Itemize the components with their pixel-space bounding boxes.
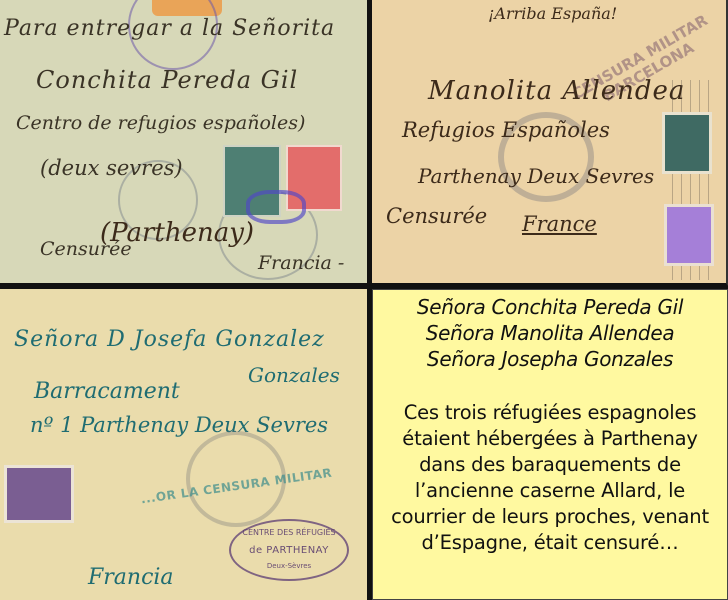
name-2: Señora Manolita Allendea [373,320,727,346]
envelope-josepha-line-4: nº 1 Parthenay Deux Sevres [30,413,328,437]
desc-line-3: dans des baraquements de [373,452,727,478]
envelope-conchita: Para entregar a la Señorita Conchita Per… [0,0,370,286]
envelope-conchita-line-7: Francia - [258,252,344,274]
name-1: Señora Conchita Pereda Gil [373,294,727,320]
envelope-manolita-line-5: Censurée [386,204,487,228]
violet-cancel-overlay [246,190,306,224]
envelope-josepha-line-2: Gonzales [248,363,340,387]
envelope-conchita-line-4: (deux sevres) [40,156,183,180]
name-3: Señora Josepha Gonzales [373,346,727,372]
envelope-manolita-line-4: Parthenay Deux Sevres [418,164,654,188]
oval-stamp-line-1: CENTRE DES RÉFUGIÉS [231,528,347,537]
envelope-conchita-line-6: Censurée [40,238,132,260]
caption-description: Ces trois réfugiées espagnoles étaient h… [373,400,727,556]
envelope-manolita-line-1: ¡Arriba España! [488,4,617,23]
envelope-conchita-line-1: Para entregar a la Señorita [4,16,335,41]
refugee-names: Señora Conchita Pereda Gil Señora Manoli… [373,294,727,372]
violet-stamp-40 [4,465,74,523]
envelope-josepha: Señora D Josefa Gonzalez Gonzales Barrac… [0,289,370,600]
envelope-manolita-line-6: France [522,212,597,236]
envelope-josepha-line-3: Barracament [34,379,180,404]
envelope-manolita: ¡Arriba España! CENSURA MILITAR BARCELON… [372,0,728,286]
desc-line-2: étaient hébergées à Parthenay [373,426,727,452]
violet-stamp-20 [664,204,714,266]
oval-stamp-line-3: Deux-Sèvres [231,562,347,570]
oval-stamp-line-2: de PARTHENAY [231,545,347,556]
desc-line-6: d’Espagne, était censuré… [373,530,727,556]
desc-line-1: Ces trois réfugiées espagnoles [373,400,727,426]
green-stamp-50 [662,112,712,174]
envelope-manolita-line-2: Manolita Allendea [428,76,685,106]
centre-des-refugies-oval-stamp: CENTRE DES RÉFUGIÉS de PARTHENAY Deux-Sè… [229,519,349,581]
envelope-josepha-line-1: Señora D Josefa Gonzalez [14,327,325,352]
desc-line-5: courrier de leurs proches, venant [373,504,727,530]
envelope-manolita-line-3: Refugios Españoles [402,118,610,142]
envelope-conchita-line-2: Conchita Pereda Gil [36,66,298,94]
envelope-conchita-line-3: Centro de refugios españoles) [16,112,305,134]
caption-panel: Señora Conchita Pereda Gil Señora Manoli… [372,289,728,600]
envelope-josepha-line-5: Francia [88,565,174,590]
desc-line-4: l’ancienne caserne Allard, le [373,478,727,504]
